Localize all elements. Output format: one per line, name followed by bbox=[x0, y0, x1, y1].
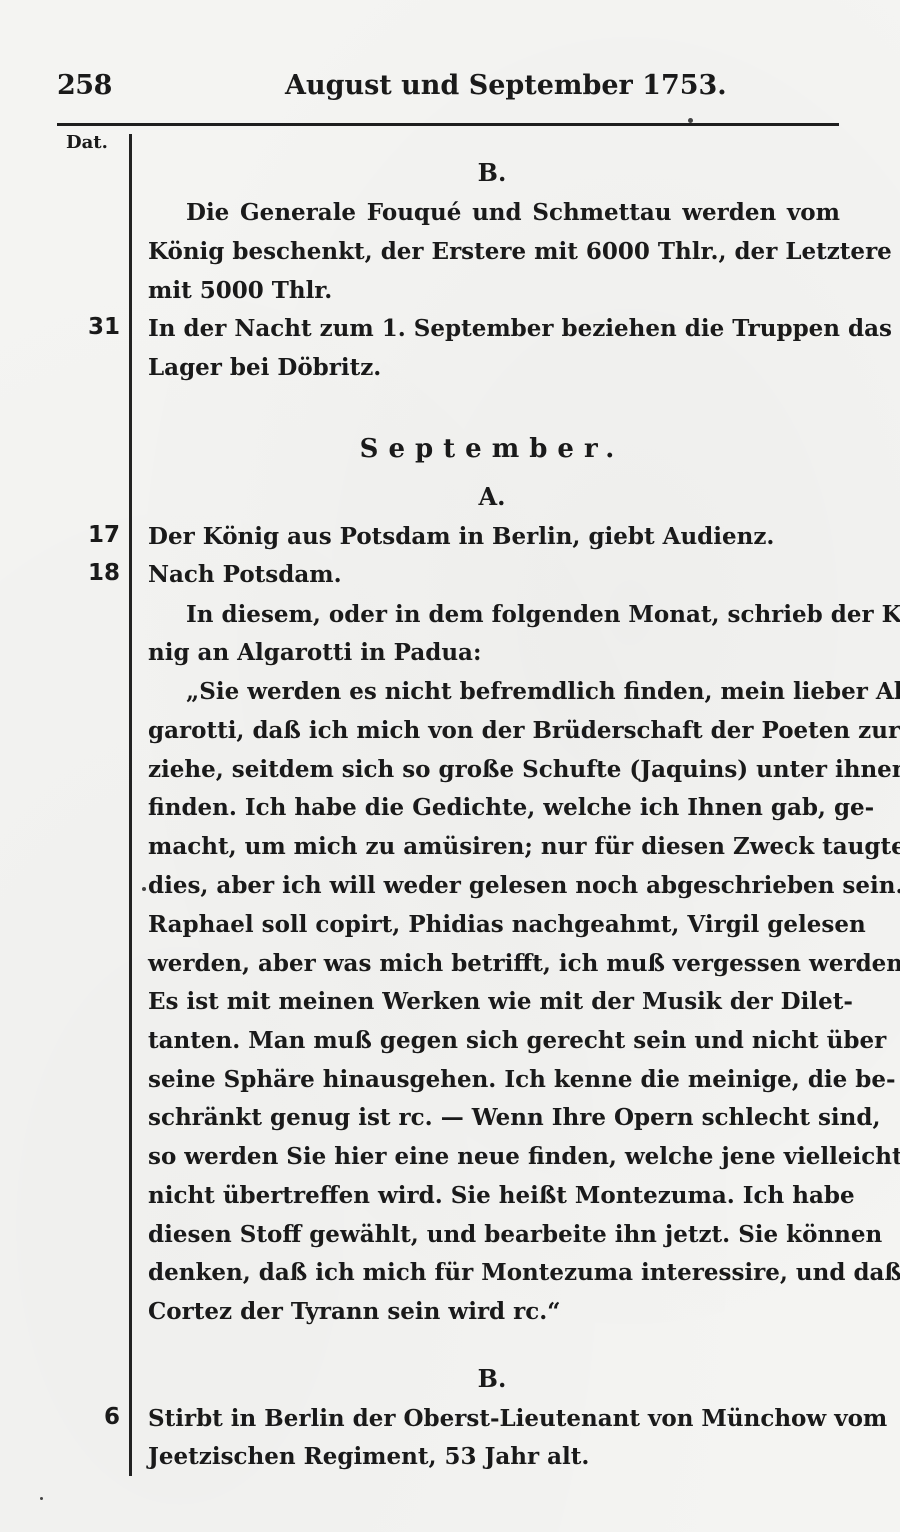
date-column-divider bbox=[129, 134, 132, 1476]
letter-line: schränkt genug ist rc. — Wenn Ihre Opern… bbox=[148, 1103, 840, 1133]
month-heading: September. bbox=[132, 434, 852, 464]
text-line: Stirbt in Berlin der Oberst-Lieutenant v… bbox=[148, 1404, 840, 1434]
text-line: Nach Potsdam. bbox=[148, 560, 840, 590]
text-line: mit 5000 Thlr. bbox=[148, 276, 840, 306]
scan-speck bbox=[40, 1497, 43, 1500]
text-line: Der König aus Potsdam in Berlin, giebt A… bbox=[148, 522, 840, 552]
letter-line: dies, aber ich will weder gelesen noch a… bbox=[148, 871, 840, 901]
letter-line: Es ist mit meinen Werken wie mit der Mus… bbox=[148, 987, 840, 1017]
header-rule bbox=[57, 123, 839, 126]
letter-line: diesen Stoff gewählt, und bearbeite ihn … bbox=[148, 1220, 840, 1250]
entry-date: 6 bbox=[72, 1404, 120, 1430]
section-heading-b-august: B. bbox=[132, 158, 852, 187]
section-heading-b-september: B. bbox=[132, 1364, 852, 1393]
letter-line: finden. Ich habe die Gedichte, welche ic… bbox=[148, 793, 840, 823]
section-heading-a: A. bbox=[132, 482, 852, 511]
letter-line: garotti, daß ich mich von der Brüderscha… bbox=[148, 716, 840, 746]
letter-line: nicht übertreffen wird. Sie heißt Montez… bbox=[148, 1181, 840, 1211]
book-page: 258 August und September 1753. Dat. B. D… bbox=[0, 0, 900, 1532]
running-title: August und September 1753. bbox=[285, 70, 727, 101]
letter-line: tanten. Man muß gegen sich gerecht sein … bbox=[148, 1026, 840, 1056]
text-line: Jeetzischen Regiment, 53 Jahr alt. bbox=[148, 1442, 840, 1472]
letter-line: so werden Sie hier eine neue finden, wel… bbox=[148, 1142, 840, 1172]
entry-date: 17 bbox=[72, 522, 120, 548]
page-number: 258 bbox=[57, 70, 112, 101]
text-line: Lager bei Döbritz. bbox=[148, 353, 840, 383]
letter-line: „Sie werden es nicht befremdlich finden,… bbox=[186, 677, 840, 707]
letter-line: werden, aber was mich betrifft, ich muß … bbox=[148, 949, 840, 979]
text-line: In diesem, oder in dem folgenden Monat, … bbox=[186, 600, 840, 630]
letter-line: Raphael soll copirt, Phidias nachgeahmt,… bbox=[148, 910, 840, 940]
text-line: Die Generale Fouqué und Schmettau werden… bbox=[186, 198, 840, 228]
letter-line: macht, um mich zu amüsiren; nur für dies… bbox=[148, 832, 840, 862]
letter-line: Cortez der Tyrann sein wird rc.“ bbox=[148, 1297, 840, 1327]
text-line: nig an Algarotti in Padua: bbox=[148, 638, 840, 668]
letter-line: seine Sphäre hinausgehen. Ich kenne die … bbox=[148, 1065, 840, 1095]
scan-speck bbox=[142, 887, 146, 891]
entry-date: 31 bbox=[72, 314, 120, 340]
entry-date: 18 bbox=[72, 560, 120, 586]
date-column-header: Dat. bbox=[66, 132, 108, 153]
scan-speck bbox=[688, 118, 693, 123]
letter-line: denken, daß ich mich für Montezuma inter… bbox=[148, 1258, 840, 1288]
letter-line: ziehe, seitdem sich so große Schufte (Ja… bbox=[148, 755, 840, 785]
text-line: In der Nacht zum 1. September beziehen d… bbox=[148, 314, 840, 344]
text-line: König beschenkt, der Erstere mit 6000 Th… bbox=[148, 237, 840, 267]
